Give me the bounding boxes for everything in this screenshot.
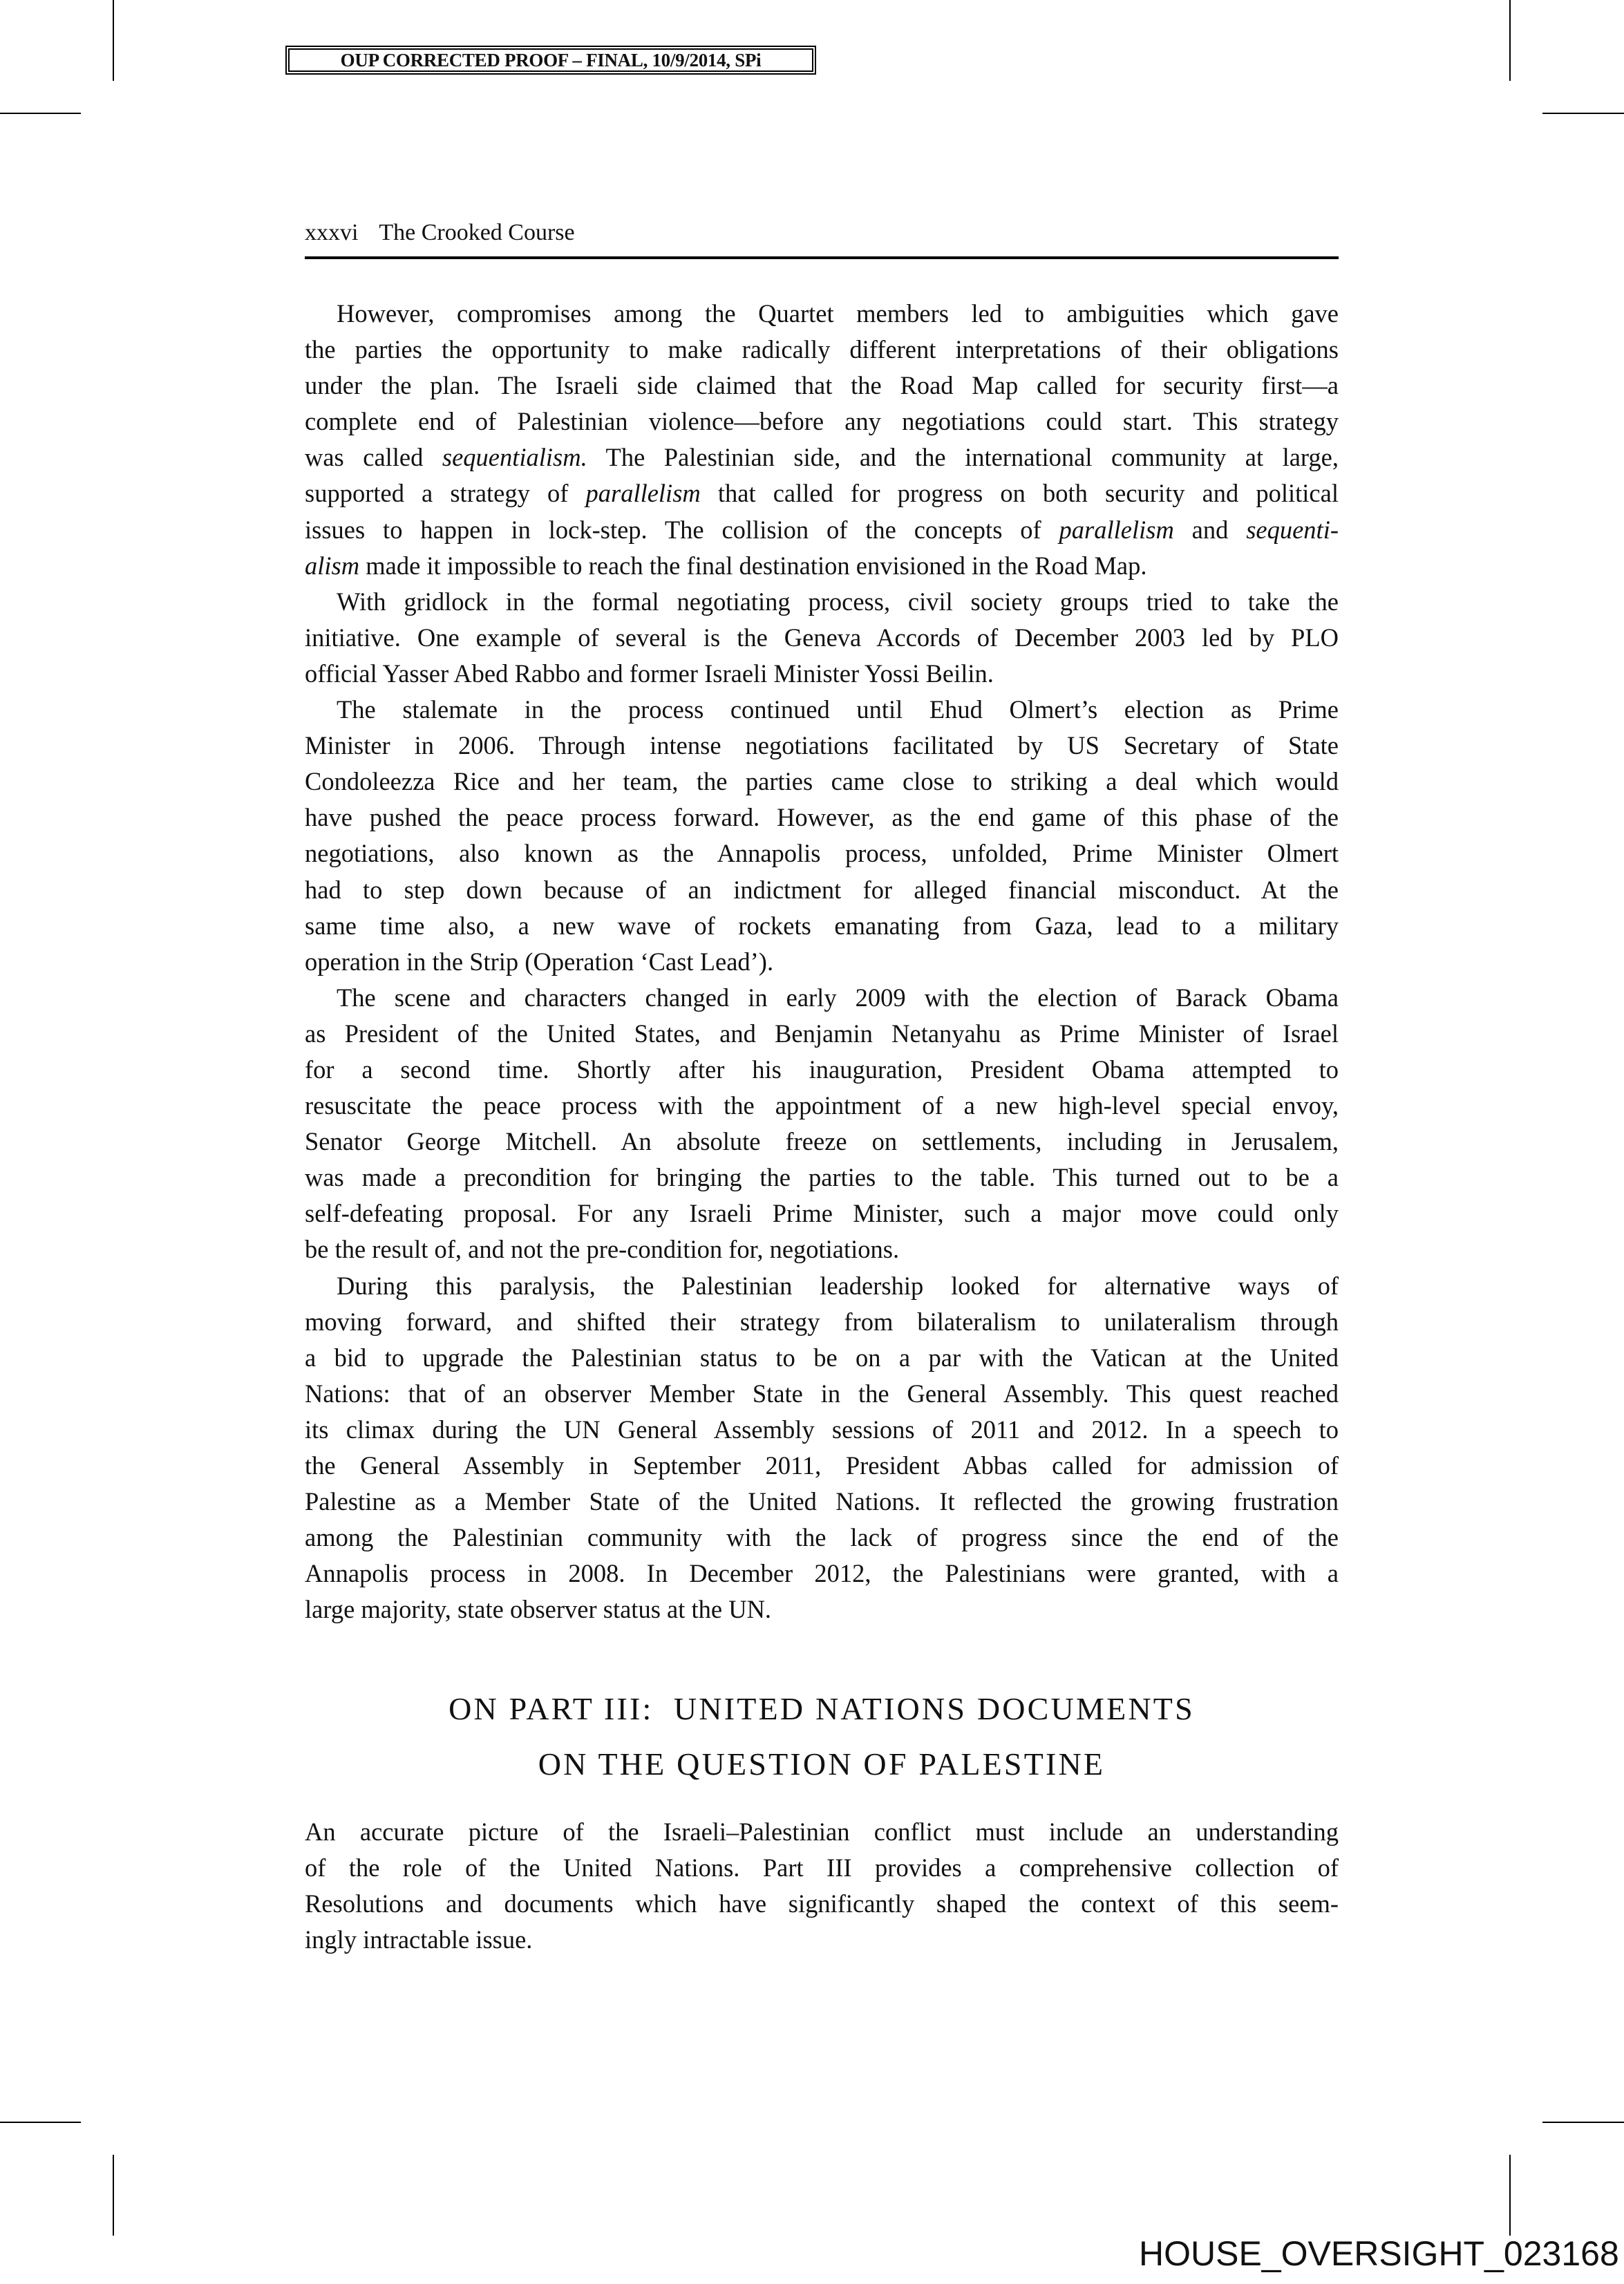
proof-stamp: OUP CORRECTED PROOF – FINAL, 10/9/2014, … (285, 46, 816, 75)
bates-number: HOUSE_OVERSIGHT_023168 (1139, 2234, 1619, 2274)
text-line: as President of the United States, and B… (305, 1016, 1339, 1052)
paragraph: An accurate picture of the Israeli–Pales… (305, 1814, 1339, 1958)
italic-term: parallelism (585, 479, 700, 507)
text-line: Annapolis process in 2008. In December 2… (305, 1556, 1339, 1592)
section-heading-line-1: ON PART III: UNITED NATIONS DOCUMENTS (305, 1681, 1339, 1737)
italic-term: alism (305, 551, 359, 580)
text-line: alism made it impossible to reach the fi… (305, 548, 1339, 584)
book-title: The Crooked Course (379, 220, 574, 245)
paragraph: The stalemate in the process continued u… (305, 692, 1339, 980)
text-line: large majority, state observer status at… (305, 1592, 1339, 1627)
text-line: resuscitate the peace process with the a… (305, 1088, 1339, 1124)
text-line: complete end of Palestinian violence—bef… (305, 404, 1339, 440)
proof-stamp-text: OUP CORRECTED PROOF – FINAL, 10/9/2014, … (288, 48, 813, 72)
text-line: same time also, a new wave of rockets em… (305, 908, 1339, 944)
text-line: Palestine as a Member State of the Unite… (305, 1484, 1339, 1520)
italic-term: parallelism (1059, 516, 1174, 544)
crop-mark-bottom-right-horizontal (1542, 2122, 1624, 2123)
page-number: xxxvi (305, 220, 358, 245)
text-line: had to step down because of an indictmen… (305, 872, 1339, 908)
text-line: was made a precondition for bringing the… (305, 1160, 1339, 1196)
text-line: its climax during the UN General Assembl… (305, 1412, 1339, 1448)
text-line: supported a strategy of parallelism that… (305, 475, 1339, 511)
crop-mark-top-right-horizontal (1542, 113, 1624, 114)
running-head: xxxvi The Crooked Course (305, 220, 1339, 246)
text-line: among the Palestinian community with the… (305, 1520, 1339, 1556)
paragraph: The scene and characters changed in earl… (305, 980, 1339, 1268)
text-line: of the role of the United Nations. Part … (305, 1850, 1339, 1886)
text-line: The scene and characters changed in earl… (305, 980, 1339, 1016)
text-line: initiative. One example of several is th… (305, 620, 1339, 656)
paragraph: With gridlock in the formal negotiating … (305, 584, 1339, 692)
section-body-text: An accurate picture of the Israeli–Pales… (305, 1814, 1339, 1958)
text-line: was called sequentialism. The Palestinia… (305, 440, 1339, 475)
text-line: negotiations, also known as the Annapoli… (305, 836, 1339, 871)
crop-mark-bottom-right-vertical (1509, 2155, 1511, 2236)
text-line: ingly intractable issue. (305, 1922, 1339, 1958)
text-line: Nations: that of an observer Member Stat… (305, 1376, 1339, 1412)
section-heading-line-2: ON THE QUESTION OF PALESTINE (305, 1737, 1339, 1792)
text-line: have pushed the peace process forward. H… (305, 800, 1339, 836)
text-line: for a second time. Shortly after his ina… (305, 1052, 1339, 1088)
header-rule (305, 256, 1339, 259)
paragraph: However, compromises among the Quartet m… (305, 296, 1339, 584)
text-line: Resolutions and documents which have sig… (305, 1886, 1339, 1922)
text-line: issues to happen in lock-step. The colli… (305, 512, 1339, 548)
text-line: With gridlock in the formal negotiating … (305, 584, 1339, 620)
crop-mark-bottom-left-horizontal (0, 2122, 81, 2123)
text-line: An accurate picture of the Israeli–Pales… (305, 1814, 1339, 1850)
text-line: Minister in 2006. Through intense negoti… (305, 728, 1339, 764)
text-line: Senator George Mitchell. An absolute fre… (305, 1124, 1339, 1160)
text-line: a bid to upgrade the Palestinian status … (305, 1340, 1339, 1376)
crop-mark-bottom-left-vertical (113, 2155, 114, 2236)
text-line: the parties the opportunity to make radi… (305, 332, 1339, 368)
text-line: However, compromises among the Quartet m… (305, 296, 1339, 332)
italic-term: sequenti- (1246, 516, 1339, 544)
section-heading: ON PART III: UNITED NATIONS DOCUMENTS ON… (305, 1681, 1339, 1792)
text-line: official Yasser Abed Rabbo and former Is… (305, 656, 1339, 692)
text-line: be the result of, and not the pre-condit… (305, 1231, 1339, 1267)
text-line: the General Assembly in September 2011, … (305, 1448, 1339, 1484)
paragraph: During this paralysis, the Palestinian l… (305, 1268, 1339, 1628)
italic-term: sequentialism. (442, 443, 587, 471)
text-line: self-defeating proposal. For any Israeli… (305, 1196, 1339, 1231)
crop-mark-top-left-vertical (113, 0, 114, 81)
crop-mark-top-left-horizontal (0, 113, 81, 114)
crop-mark-top-right-vertical (1509, 0, 1511, 81)
body-text: However, compromises among the Quartet m… (305, 296, 1339, 1627)
text-line: operation in the Strip (Operation ‘Cast … (305, 944, 1339, 980)
text-line: moving forward, and shifted their strate… (305, 1304, 1339, 1340)
text-line: During this paralysis, the Palestinian l… (305, 1268, 1339, 1304)
text-line: under the plan. The Israeli side claimed… (305, 368, 1339, 404)
text-line: Condoleezza Rice and her team, the parti… (305, 764, 1339, 800)
text-line: The stalemate in the process continued u… (305, 692, 1339, 728)
